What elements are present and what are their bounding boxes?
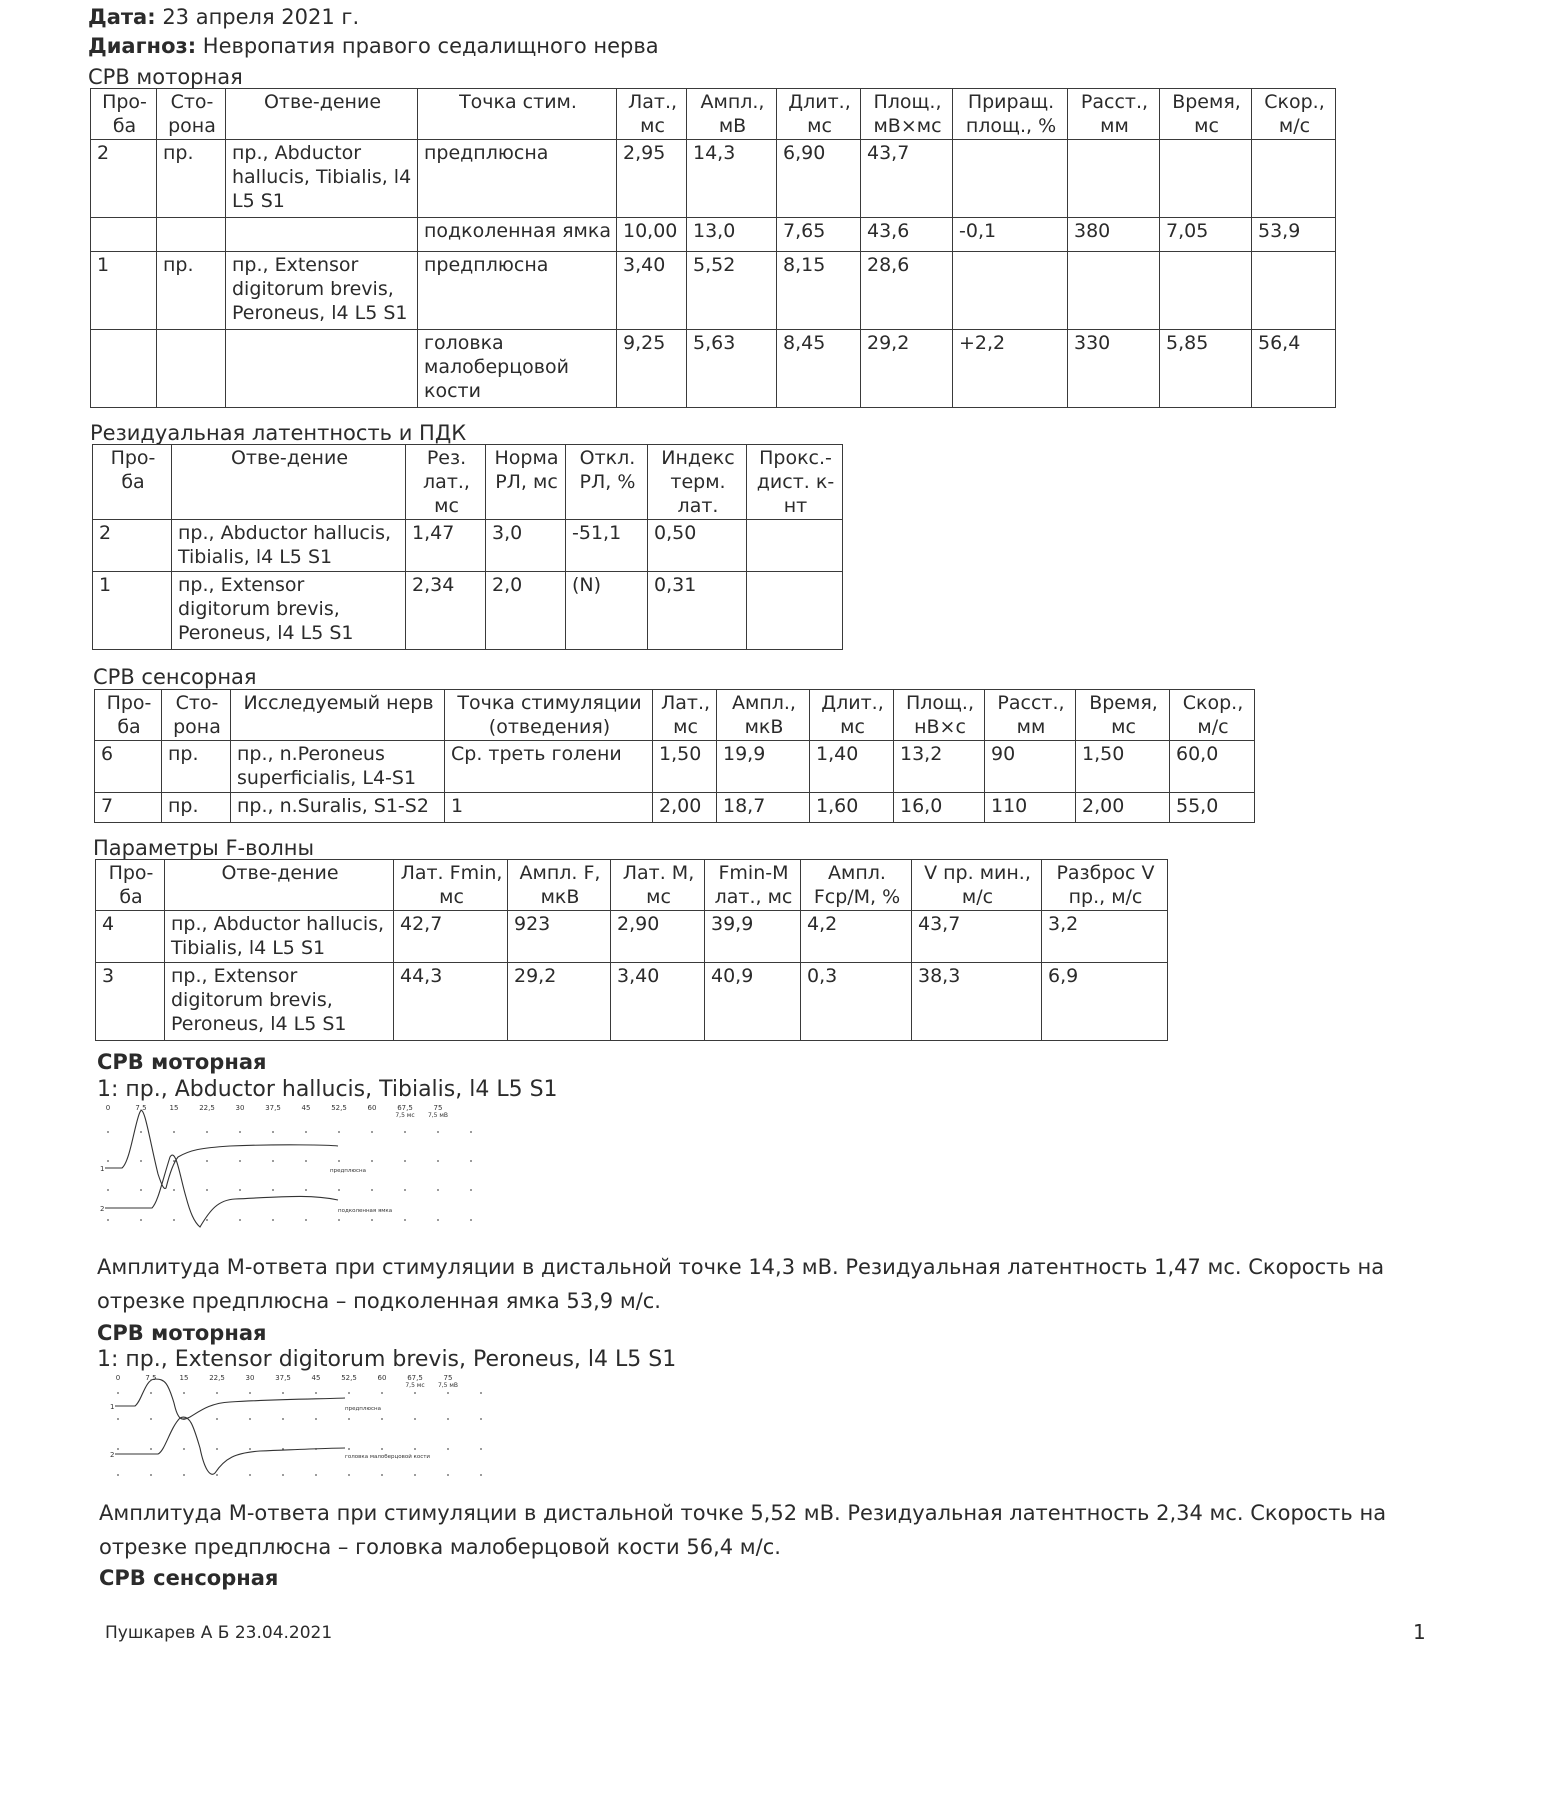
table-cell: 5,85 bbox=[1160, 330, 1252, 408]
table-cell: 3,0 bbox=[486, 520, 566, 572]
grid-dot bbox=[315, 1392, 317, 1394]
grid-dot bbox=[150, 1392, 152, 1394]
table-cell: 29,2 bbox=[508, 963, 611, 1041]
table-cell: 5,63 bbox=[687, 330, 777, 408]
table-cell: пр., Abductor hallucis, Tibialis, l4 L5 … bbox=[226, 140, 418, 218]
grid-dot bbox=[480, 1392, 482, 1394]
report1-heading: СРВ моторная bbox=[97, 1050, 267, 1074]
table-cell: пр. bbox=[157, 140, 226, 218]
table-cell: 7,65 bbox=[777, 218, 861, 252]
table-cell bbox=[226, 218, 418, 252]
grid-dot bbox=[348, 1474, 350, 1476]
trace-index: 2 bbox=[100, 1205, 104, 1213]
table-cell: 28,6 bbox=[861, 252, 953, 330]
table-row: 1пр., Extensor digitorum brevis, Peroneu… bbox=[93, 572, 843, 650]
table-cell: -51,1 bbox=[566, 520, 648, 572]
table-cell: 1 bbox=[93, 572, 172, 650]
table-cell: 6 bbox=[95, 741, 162, 793]
table-cell: 1,60 bbox=[810, 793, 894, 823]
grid-dot bbox=[282, 1392, 284, 1394]
table-cell: 2,95 bbox=[617, 140, 687, 218]
grid-dot bbox=[239, 1219, 241, 1221]
table-cell bbox=[1160, 140, 1252, 218]
table-cell: 55,0 bbox=[1170, 793, 1255, 823]
grid-dot bbox=[206, 1219, 208, 1221]
axis-tick-label: 52,5 bbox=[331, 1104, 347, 1112]
grid-dot bbox=[480, 1474, 482, 1476]
table-cell: 38,3 bbox=[912, 963, 1042, 1041]
grid-dot bbox=[239, 1160, 241, 1162]
grid-dot bbox=[371, 1219, 373, 1221]
table-cell: (N) bbox=[566, 572, 648, 650]
grid-dot bbox=[305, 1189, 307, 1191]
column-header: Сто-рона bbox=[162, 690, 231, 741]
time-scale-label: 7,5 мс bbox=[395, 1112, 414, 1119]
table-cell: 1,47 bbox=[406, 520, 486, 572]
column-header: Длит., мс bbox=[777, 89, 861, 140]
table-header-row: Про-баОтве-дениеРез. лат., мсНорма РЛ, м… bbox=[93, 445, 843, 520]
diagnosis-line: Диагноз: Невропатия правого седалищного … bbox=[88, 33, 659, 59]
table-cell: 0,50 bbox=[648, 520, 747, 572]
grid-dot bbox=[414, 1418, 416, 1420]
table-cell: 0,31 bbox=[648, 572, 747, 650]
column-header: Лат. M, мс bbox=[611, 860, 705, 911]
axis-tick-label: 75 bbox=[444, 1374, 453, 1382]
table-cell: 29,2 bbox=[861, 330, 953, 408]
grid-dot bbox=[249, 1392, 251, 1394]
column-header: Про-ба bbox=[93, 445, 172, 520]
grid-dot bbox=[206, 1189, 208, 1191]
table-cell: 8,15 bbox=[777, 252, 861, 330]
trace-label: подколенная ямка bbox=[338, 1208, 392, 1214]
axis-tick-label: 30 bbox=[236, 1104, 245, 1112]
grid-dot bbox=[437, 1219, 439, 1221]
trace-label: головка малоберцовой кости bbox=[345, 1453, 430, 1460]
grid-dot bbox=[348, 1392, 350, 1394]
column-header: V пр. мин., м/с bbox=[912, 860, 1042, 911]
grid-dot bbox=[173, 1131, 175, 1133]
axis-tick-label: 22,5 bbox=[199, 1104, 215, 1112]
date-line: Дата: 23 апреля 2021 г. bbox=[88, 4, 359, 30]
grid-dot bbox=[381, 1448, 383, 1450]
trace-index: 1 bbox=[100, 1165, 104, 1173]
table-row: 1пр.пр., Extensor digitorum brevis, Pero… bbox=[91, 252, 1336, 330]
grid-dot bbox=[437, 1160, 439, 1162]
table-cell bbox=[1160, 252, 1252, 330]
motor-table-title: СРВ моторная bbox=[88, 65, 243, 89]
column-header: Отве-дение bbox=[226, 89, 418, 140]
grid-dot bbox=[249, 1418, 251, 1420]
axis-tick-label: 75 bbox=[434, 1104, 443, 1112]
grid-dot bbox=[371, 1131, 373, 1133]
grid-dot bbox=[272, 1131, 274, 1133]
grid-dot bbox=[447, 1392, 449, 1394]
grid-dot bbox=[282, 1474, 284, 1476]
column-header: Разброс V пр., м/с bbox=[1042, 860, 1168, 911]
column-header: Fmin-M лат., мс bbox=[705, 860, 801, 911]
table-cell: 0,3 bbox=[801, 963, 912, 1041]
table-cell bbox=[747, 520, 843, 572]
table-cell: пр., Extensor digitorum brevis, Peroneus… bbox=[172, 572, 406, 650]
table-cell: 1,50 bbox=[1076, 741, 1170, 793]
column-header: Ампл., мВ bbox=[687, 89, 777, 140]
fwave-table: Про-баОтве-дениеЛат. Fmin, мсАмпл. F, мк… bbox=[95, 859, 1168, 1041]
table-cell: головка малоберцовой кости bbox=[418, 330, 617, 408]
column-header: Расст., мм bbox=[1068, 89, 1160, 140]
table-cell: 56,4 bbox=[1252, 330, 1336, 408]
grid-dot bbox=[117, 1474, 119, 1476]
trace-label: предплюсна bbox=[345, 1406, 381, 1412]
table-cell bbox=[91, 218, 157, 252]
grid-dot bbox=[338, 1131, 340, 1133]
grid-dot bbox=[173, 1219, 175, 1221]
column-header: Отве-дение bbox=[165, 860, 394, 911]
table-cell: 2,00 bbox=[653, 793, 717, 823]
table-cell: +2,2 bbox=[953, 330, 1068, 408]
table-cell: 18,7 bbox=[717, 793, 810, 823]
grid-dot bbox=[480, 1418, 482, 1420]
grid-dot bbox=[150, 1418, 152, 1420]
column-header: Про-ба bbox=[95, 690, 162, 741]
signature: Пушкарев А Б 23.04.2021 bbox=[105, 1623, 332, 1643]
column-header: Время, мс bbox=[1160, 89, 1252, 140]
table-cell: 4 bbox=[96, 911, 165, 963]
table-cell: 3,40 bbox=[617, 252, 687, 330]
grid-dot bbox=[381, 1392, 383, 1394]
table-cell: 1 bbox=[445, 793, 653, 823]
table-cell: 16,0 bbox=[894, 793, 985, 823]
axis-tick-label: 0 bbox=[106, 1104, 110, 1112]
grid-dot bbox=[107, 1131, 109, 1133]
axis-tick-label: 45 bbox=[312, 1374, 321, 1382]
grid-dot bbox=[348, 1448, 350, 1450]
table-cell: 4,2 bbox=[801, 911, 912, 963]
grid-dot bbox=[447, 1418, 449, 1420]
table-cell: 110 bbox=[985, 793, 1076, 823]
column-header: Ампл. F, мкВ bbox=[508, 860, 611, 911]
table-row: головка малоберцовой кости9,255,638,4529… bbox=[91, 330, 1336, 408]
grid-dot bbox=[338, 1160, 340, 1162]
column-header: Лат., мс bbox=[653, 690, 717, 741]
table-header-row: Про-баСто-ронаОтве-дениеТочка стим.Лат.,… bbox=[91, 89, 1336, 140]
table-cell: 1 bbox=[91, 252, 157, 330]
page-number: 1 bbox=[1413, 1620, 1426, 1644]
column-header: Рез. лат., мс bbox=[406, 445, 486, 520]
axis-tick-label: 45 bbox=[302, 1104, 311, 1112]
grid-dot bbox=[338, 1189, 340, 1191]
table-cell bbox=[1068, 140, 1160, 218]
column-header: Приращ. площ., % bbox=[953, 89, 1068, 140]
column-header: Сто-рона bbox=[157, 89, 226, 140]
axis-tick-label: 37,5 bbox=[275, 1374, 291, 1382]
grid-dot bbox=[140, 1189, 142, 1191]
table-cell: 40,9 bbox=[705, 963, 801, 1041]
column-header: Отве-дение bbox=[172, 445, 406, 520]
grid-dot bbox=[381, 1418, 383, 1420]
column-header: Норма РЛ, мс bbox=[486, 445, 566, 520]
table-cell: пр. bbox=[162, 741, 231, 793]
table-cell: Ср. треть голени bbox=[445, 741, 653, 793]
table-cell bbox=[1252, 252, 1336, 330]
report2-heading: СРВ моторная bbox=[97, 1321, 267, 1345]
grid-dot bbox=[249, 1448, 251, 1450]
grid-dot bbox=[183, 1448, 185, 1450]
grid-dot bbox=[206, 1160, 208, 1162]
table-cell: пр., Extensor digitorum brevis, Peroneus… bbox=[165, 963, 394, 1041]
axis-tick-label: 15 bbox=[170, 1104, 179, 1112]
table-row: 4пр., Abductor hallucis, Tibialis, l4 L5… bbox=[96, 911, 1168, 963]
table-cell: 39,9 bbox=[705, 911, 801, 963]
grid-dot bbox=[282, 1418, 284, 1420]
table-cell bbox=[1068, 252, 1160, 330]
grid-dot bbox=[404, 1160, 406, 1162]
date-label: Дата: bbox=[88, 5, 156, 29]
grid-dot bbox=[249, 1474, 251, 1476]
table-cell: 2,00 bbox=[1076, 793, 1170, 823]
column-header: Лат. Fmin, мс bbox=[394, 860, 508, 911]
column-header: Про-ба bbox=[96, 860, 165, 911]
axis-tick-label: 52,5 bbox=[341, 1374, 357, 1382]
column-header: Прокс.-дист. к-нт bbox=[747, 445, 843, 520]
table-cell: 2,90 bbox=[611, 911, 705, 963]
grid-dot bbox=[305, 1131, 307, 1133]
table-cell: пр., Abductor hallucis, Tibialis, l4 L5 … bbox=[172, 520, 406, 572]
fwave-table-title: Параметры F-волны bbox=[93, 836, 314, 860]
table-cell: 19,9 bbox=[717, 741, 810, 793]
report1-summary: Амплитуда М-ответа при стимуляции в дист… bbox=[97, 1250, 1457, 1318]
grid-dot bbox=[140, 1160, 142, 1162]
table-cell bbox=[226, 330, 418, 408]
column-header: Индекс терм. лат. bbox=[648, 445, 747, 520]
grid-dot bbox=[315, 1474, 317, 1476]
amp-scale-label: 7,5 мВ bbox=[428, 1112, 448, 1119]
table-cell: 1,40 bbox=[810, 741, 894, 793]
table-cell: 90 bbox=[985, 741, 1076, 793]
grid-dot bbox=[183, 1474, 185, 1476]
grid-dot bbox=[117, 1448, 119, 1450]
grid-dot bbox=[216, 1418, 218, 1420]
grid-dot bbox=[239, 1131, 241, 1133]
table-cell: пр., n.Suralis, S1-S2 bbox=[231, 793, 445, 823]
table-cell: 7,05 bbox=[1160, 218, 1252, 252]
grid-dot bbox=[414, 1474, 416, 1476]
axis-tick-label: 0 bbox=[116, 1374, 120, 1382]
grid-dot bbox=[348, 1418, 350, 1420]
grid-dot bbox=[404, 1131, 406, 1133]
grid-dot bbox=[272, 1160, 274, 1162]
grid-dot bbox=[173, 1189, 175, 1191]
column-header: Площ., мВ×мс bbox=[861, 89, 953, 140]
grid-dot bbox=[117, 1418, 119, 1420]
grid-dot bbox=[150, 1474, 152, 1476]
trace-line bbox=[105, 1155, 338, 1227]
grid-dot bbox=[140, 1219, 142, 1221]
grid-dot bbox=[107, 1189, 109, 1191]
axis-tick-label: 15 bbox=[180, 1374, 189, 1382]
table-cell: 380 bbox=[1068, 218, 1160, 252]
table-cell: 13,0 bbox=[687, 218, 777, 252]
grid-dot bbox=[150, 1448, 152, 1450]
table-header-row: Про-баСто-ронаИсследуемый нервТочка стим… bbox=[95, 690, 1255, 741]
table-row: 2пр.пр., Abductor hallucis, Tibialis, l4… bbox=[91, 140, 1336, 218]
grid-dot bbox=[206, 1131, 208, 1133]
table-cell: подколенная ямка bbox=[418, 218, 617, 252]
report2-subtitle: 1: пр., Extensor digitorum brevis, Peron… bbox=[97, 1347, 676, 1373]
grid-dot bbox=[216, 1392, 218, 1394]
amp-scale-label: 7,5 мВ bbox=[438, 1382, 458, 1389]
grid-dot bbox=[447, 1474, 449, 1476]
table-cell: 3,40 bbox=[611, 963, 705, 1041]
residual-table-title: Резидуальная латентность и ПДК bbox=[90, 421, 466, 445]
table-cell: -0,1 bbox=[953, 218, 1068, 252]
table-cell: 330 bbox=[1068, 330, 1160, 408]
grid-dot bbox=[437, 1189, 439, 1191]
table-cell: 43,6 bbox=[861, 218, 953, 252]
table-cell: пр. bbox=[157, 252, 226, 330]
grid-dot bbox=[470, 1189, 472, 1191]
column-header: Лат., мс bbox=[617, 89, 687, 140]
grid-dot bbox=[315, 1418, 317, 1420]
grid-dot bbox=[447, 1448, 449, 1450]
trace-index: 2 bbox=[110, 1451, 114, 1459]
grid-dot bbox=[414, 1448, 416, 1450]
table-cell: пр., Extensor digitorum brevis, Peroneus… bbox=[226, 252, 418, 330]
table-cell: 7 bbox=[95, 793, 162, 823]
table-row: 6пр.пр., n.Peroneus superficialis, L4-S1… bbox=[95, 741, 1255, 793]
grid-dot bbox=[480, 1448, 482, 1450]
table-cell: 43,7 bbox=[861, 140, 953, 218]
trace-index: 1 bbox=[110, 1403, 114, 1411]
column-header: Точка стим. bbox=[418, 89, 617, 140]
grid-dot bbox=[404, 1189, 406, 1191]
table-cell: пр. bbox=[162, 793, 231, 823]
grid-dot bbox=[414, 1392, 416, 1394]
grid-dot bbox=[305, 1219, 307, 1221]
table-row: 3пр., Extensor digitorum brevis, Peroneu… bbox=[96, 963, 1168, 1041]
table-cell bbox=[91, 330, 157, 408]
table-cell: 2,34 bbox=[406, 572, 486, 650]
grid-dot bbox=[470, 1160, 472, 1162]
axis-tick-label: 30 bbox=[246, 1374, 255, 1382]
report2-summary: Амплитуда М-ответа при стимуляции в дист… bbox=[99, 1496, 1459, 1564]
motor-conduction-table: Про-баСто-ронаОтве-дениеТочка стим.Лат.,… bbox=[90, 88, 1336, 408]
grid-dot bbox=[272, 1189, 274, 1191]
table-cell: 2 bbox=[93, 520, 172, 572]
table-cell: 10,00 bbox=[617, 218, 687, 252]
table-cell bbox=[157, 330, 226, 408]
grid-dot bbox=[140, 1131, 142, 1133]
table-cell: 923 bbox=[508, 911, 611, 963]
table-cell bbox=[953, 252, 1068, 330]
table-cell: 2 bbox=[91, 140, 157, 218]
axis-tick-label: 60 bbox=[368, 1104, 377, 1112]
column-header: Длит., мс bbox=[810, 690, 894, 741]
diagnosis-value: Невропатия правого седалищного нерва bbox=[203, 34, 659, 58]
table-cell: 8,45 bbox=[777, 330, 861, 408]
grid-dot bbox=[381, 1474, 383, 1476]
axis-tick-label: 67,5 bbox=[397, 1104, 413, 1112]
grid-dot bbox=[239, 1189, 241, 1191]
table-cell: пр., n.Peroneus superficialis, L4-S1 bbox=[231, 741, 445, 793]
table-cell: предплюсна bbox=[418, 252, 617, 330]
table-header-row: Про-баОтве-дениеЛат. Fmin, мсАмпл. F, мк… bbox=[96, 860, 1168, 911]
table-cell: 6,9 bbox=[1042, 963, 1168, 1041]
table-cell: 44,3 bbox=[394, 963, 508, 1041]
grid-dot bbox=[404, 1219, 406, 1221]
date-value: 23 апреля 2021 г. bbox=[162, 5, 359, 29]
table-cell: 1,50 bbox=[653, 741, 717, 793]
table-cell bbox=[747, 572, 843, 650]
sensory-heading: СРВ сенсорная bbox=[99, 1566, 278, 1590]
grid-dot bbox=[470, 1219, 472, 1221]
grid-dot bbox=[216, 1448, 218, 1450]
grid-dot bbox=[338, 1219, 340, 1221]
table-cell: 14,3 bbox=[687, 140, 777, 218]
table-cell: 6,90 bbox=[777, 140, 861, 218]
trace-line bbox=[105, 1110, 338, 1188]
grid-dot bbox=[272, 1219, 274, 1221]
table-cell: 13,2 bbox=[894, 741, 985, 793]
column-header: Скор., м/с bbox=[1252, 89, 1336, 140]
table-cell: 42,7 bbox=[394, 911, 508, 963]
column-header: Расст., мм bbox=[985, 690, 1076, 741]
column-header: Время, мс bbox=[1076, 690, 1170, 741]
axis-tick-label: 37,5 bbox=[265, 1104, 281, 1112]
report1-waveform: 07,51522,53037,54552,56067,5757,5 мс7,5 … bbox=[100, 1102, 490, 1252]
report1-subtitle: 1: пр., Abductor hallucis, Tibialis, l4 … bbox=[97, 1077, 558, 1103]
table-cell: предплюсна bbox=[418, 140, 617, 218]
grid-dot bbox=[437, 1131, 439, 1133]
column-header: Про-ба bbox=[91, 89, 157, 140]
table-cell bbox=[1252, 140, 1336, 218]
table-row: 7пр.пр., n.Suralis, S1-S212,0018,71,6016… bbox=[95, 793, 1255, 823]
diagnosis-label: Диагноз: bbox=[88, 34, 196, 58]
table-cell: 5,52 bbox=[687, 252, 777, 330]
axis-tick-label: 60 bbox=[378, 1374, 387, 1382]
column-header: Откл. РЛ, % bbox=[566, 445, 648, 520]
table-cell: 43,7 bbox=[912, 911, 1042, 963]
grid-dot bbox=[371, 1160, 373, 1162]
table-cell bbox=[953, 140, 1068, 218]
column-header: Точка стимуляции (отведения) bbox=[445, 690, 653, 741]
table-cell: 3 bbox=[96, 963, 165, 1041]
table-row: подколенная ямка10,0013,07,6543,6-0,1380… bbox=[91, 218, 1336, 252]
table-cell: 53,9 bbox=[1252, 218, 1336, 252]
grid-dot bbox=[371, 1189, 373, 1191]
column-header: Площ., нВ×с bbox=[894, 690, 985, 741]
column-header: Скор., м/с bbox=[1170, 690, 1255, 741]
sensory-conduction-table: Про-баСто-ронаИсследуемый нервТочка стим… bbox=[94, 689, 1255, 823]
time-scale-label: 7,5 мс bbox=[405, 1382, 424, 1389]
grid-dot bbox=[107, 1219, 109, 1221]
column-header: Исследуемый нерв bbox=[231, 690, 445, 741]
table-cell: пр., Abductor hallucis, Tibialis, l4 L5 … bbox=[165, 911, 394, 963]
grid-dot bbox=[107, 1160, 109, 1162]
grid-dot bbox=[117, 1392, 119, 1394]
trace-line bbox=[115, 1417, 345, 1474]
axis-tick-label: 67,5 bbox=[407, 1374, 423, 1382]
table-cell: 2,0 bbox=[486, 572, 566, 650]
grid-dot bbox=[470, 1131, 472, 1133]
trace-label: предплюсна bbox=[330, 1168, 366, 1174]
trace-line bbox=[115, 1379, 345, 1419]
grid-dot bbox=[216, 1474, 218, 1476]
report2-waveform: 07,51522,53037,54552,56067,5757,5 мс7,5 … bbox=[110, 1373, 500, 1488]
table-cell: 9,25 bbox=[617, 330, 687, 408]
table-cell: 3,2 bbox=[1042, 911, 1168, 963]
table-cell: 60,0 bbox=[1170, 741, 1255, 793]
axis-tick-label: 22,5 bbox=[209, 1374, 225, 1382]
